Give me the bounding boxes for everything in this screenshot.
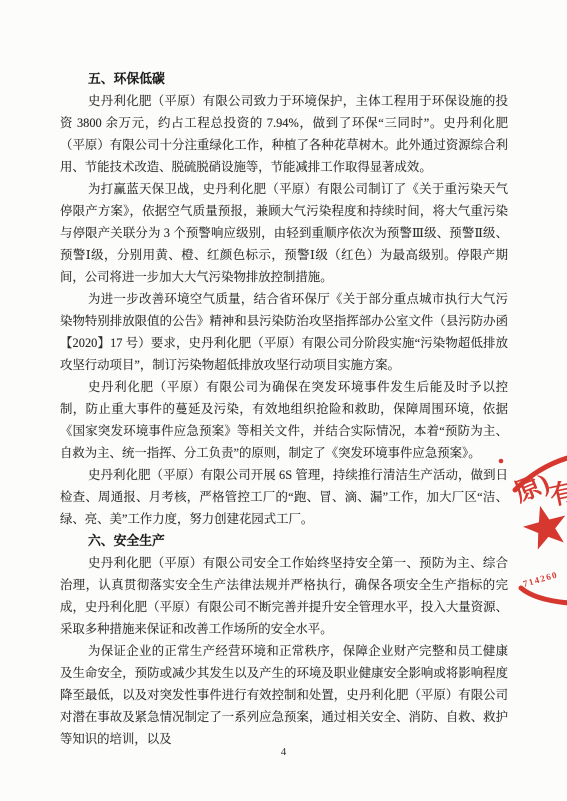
- paragraph-env-emission-project: 为进一步改善环境空气质量，结合省环保厅《关于部分重点城市执行大气污染物特别排放限…: [60, 288, 508, 376]
- stamp-ink-speck: [499, 459, 504, 464]
- stamp-arc-text-left: 原): [510, 468, 553, 508]
- company-seal-stamp: 原) 有 714260: [495, 440, 567, 610]
- paragraph-safety-management: 史丹利化肥（平原）有限公司安全工作始终坚持安全第一、预防为主、综合治理，认真贯彻…: [60, 552, 508, 640]
- stamp-serial-number: 714260: [522, 569, 559, 589]
- paragraph-safety-emergency: 为保证企业的正常生产经营环境和正常秩序，保障企业财产完整和员工健康及生命安全，预…: [60, 640, 508, 750]
- paragraph-env-bluesky-plan: 为打赢蓝天保卫战，史丹利化肥（平原）有限公司制订了《关于重污染天气停限产方案》，…: [60, 178, 508, 288]
- document-content: 五、环保低碳 史丹利化肥（平原）有限公司致力于环境保护，主体工程用于环保设施的投…: [60, 68, 508, 750]
- document-page: 五、环保低碳 史丹利化肥（平原）有限公司致力于环境保护，主体工程用于环保设施的投…: [0, 0, 567, 801]
- paragraph-env-emergency-plan: 史丹利化肥（平原）有限公司为确保在突发环境事件发生后能及时予以控制，防止重大事件…: [60, 376, 508, 464]
- stamp-arc-text-right: 有: [547, 477, 567, 511]
- paragraph-env-6s-management: 史丹利化肥（平原）有限公司开展 6S 管理，持续推行清洁生产活动，做到日检查、周…: [60, 464, 508, 530]
- section-heading-safety: 六、安全生产: [60, 530, 508, 552]
- stamp-bottom-arc: [521, 588, 567, 603]
- section-heading-environment: 五、环保低碳: [60, 68, 508, 90]
- page-number: 4: [0, 746, 567, 758]
- paragraph-env-investment: 史丹利化肥（平原）有限公司致力于环境保护，主体工程用于环保设施的投资 3800 …: [60, 90, 508, 178]
